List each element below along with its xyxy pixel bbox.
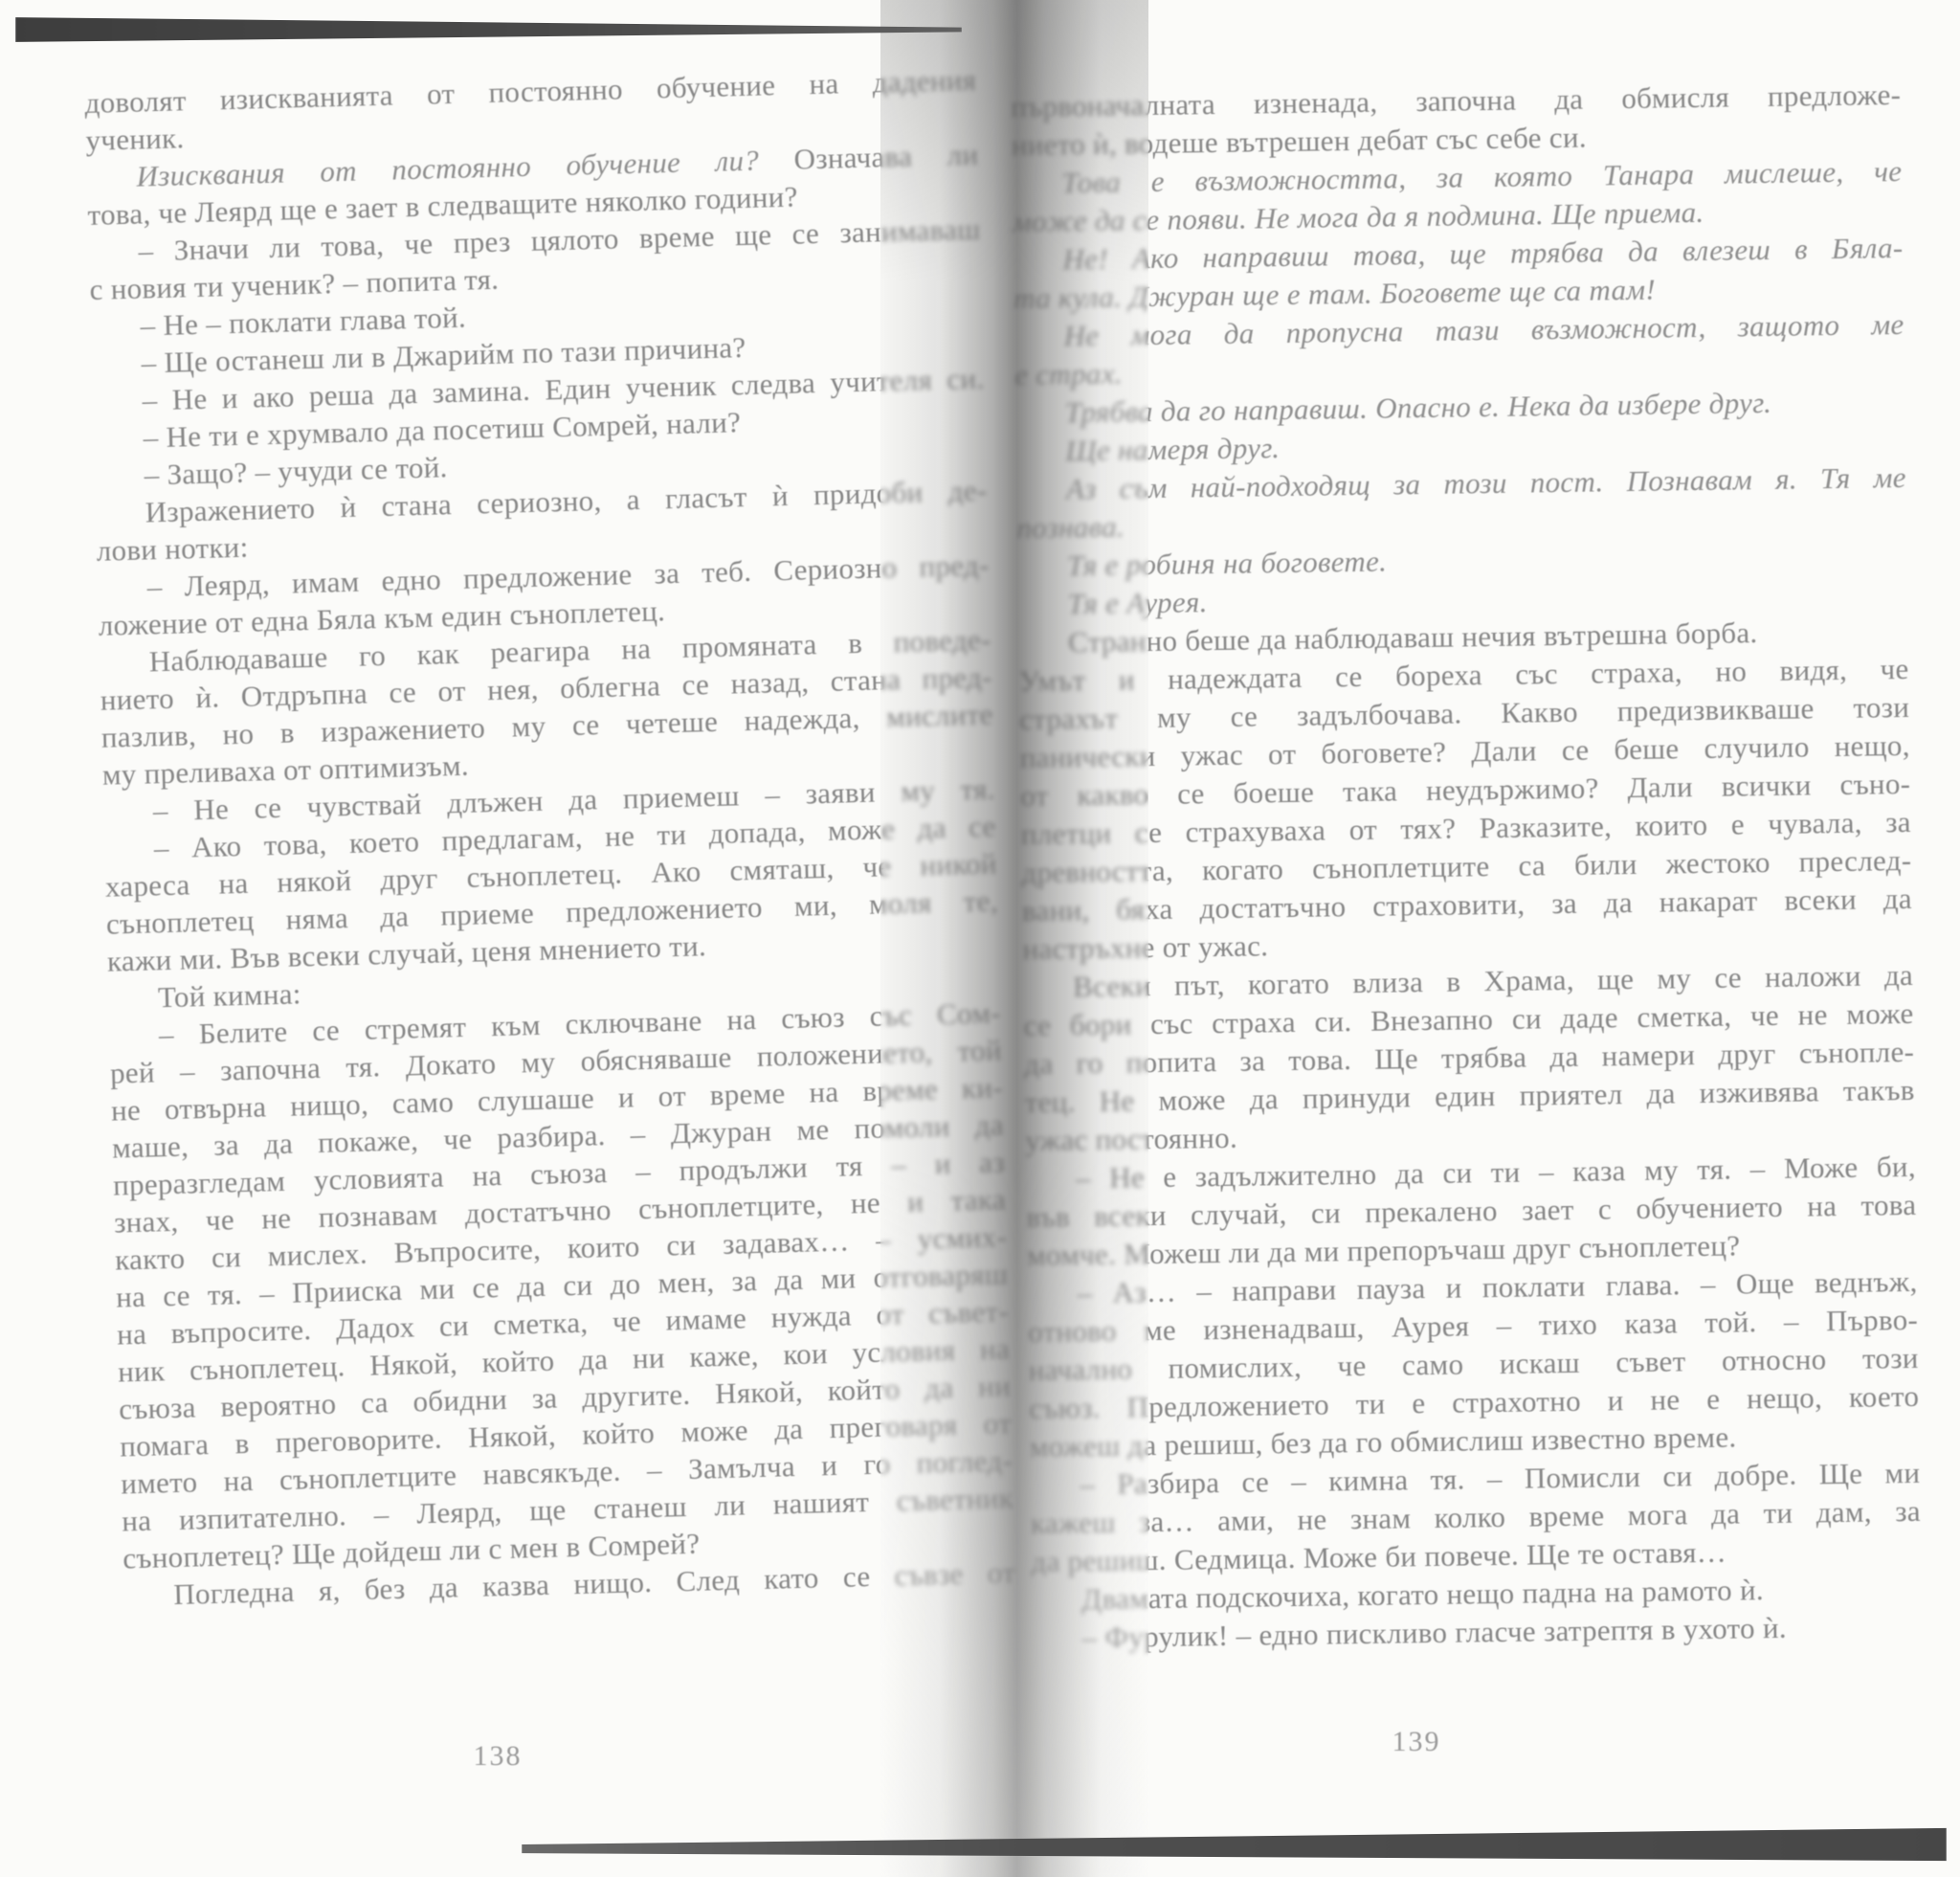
book-scan: доволят изискванията от постоянно обучен… [0,0,1960,1877]
page-number-right: 139 [1340,1726,1493,1758]
scan-edge-bar-top [15,15,962,44]
text-segment: Означава ли [759,138,979,177]
left-page-text: доволят изискванията от постоянно обучен… [84,61,1016,1615]
scan-edge-bar-bottom [522,1826,1947,1863]
right-page-text: първоначалната изненада, започна да обми… [1011,76,1923,1658]
page-number-left: 138 [402,1740,593,1773]
